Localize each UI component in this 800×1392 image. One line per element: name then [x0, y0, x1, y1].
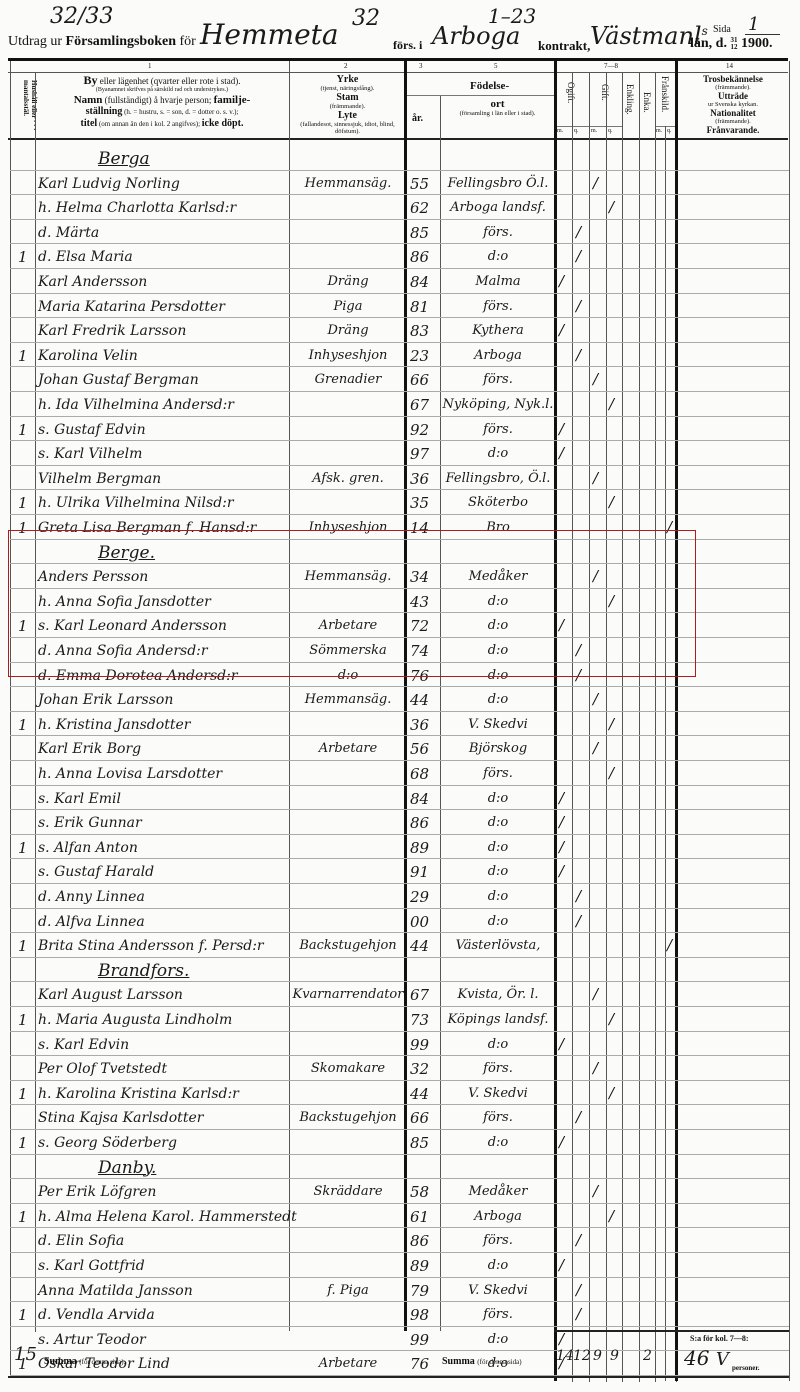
birth-year: 61 [410, 1204, 429, 1229]
occupation [292, 761, 404, 786]
tally-mark: / [559, 786, 564, 810]
sida-value: 1 [748, 14, 759, 35]
summa-right-label: Summa [442, 1356, 475, 1367]
colnum-2: 2 [344, 62, 348, 70]
birth-year: 81 [410, 294, 429, 319]
village-row: Berga [0, 146, 800, 171]
table-row: 1h. Ulrika Vilhelmina Nilsd:r35Sköterbo/ [0, 490, 800, 515]
familje-bold: familje- [214, 94, 251, 106]
enkling-header: Enkling. [625, 84, 635, 115]
by-bold: By [84, 73, 98, 87]
household-count: 1 [18, 1081, 28, 1106]
table-row: d. Anny Linnea29d:o/ [0, 884, 800, 909]
occupation: Grenadier [292, 367, 404, 392]
title-bold: Församlingsboken [66, 34, 176, 49]
lyte-label: Lyte [290, 110, 405, 121]
person-name: s. Artur Teodor [38, 1327, 146, 1352]
person-name: h. Ulrika Vilhelmina Nilsd:r [38, 490, 234, 515]
tally-mark: / [559, 441, 564, 465]
village-name: Brandfors. [98, 958, 189, 983]
col1-line5: titel (om annan än den i kol. 2 angifves… [36, 118, 288, 130]
household-count: 1 [18, 1007, 28, 1032]
birth-year: 97 [410, 441, 429, 466]
parish-name: Hemmeta [200, 18, 339, 51]
birth-year: 55 [410, 171, 429, 196]
birth-year: 68 [410, 761, 429, 786]
summa-left-sub: (för denna sida). [79, 1358, 125, 1366]
tally-mark: / [667, 933, 672, 957]
birth-year: 85 [410, 220, 429, 245]
birth-year: 66 [410, 367, 429, 392]
person-name: s. Alfan Anton [38, 835, 138, 860]
occupation: Kvarnarrendator [292, 982, 404, 1007]
occupation [292, 417, 404, 442]
birth-place: d:o [442, 884, 554, 909]
tally-mark: / [609, 761, 614, 785]
persons-label: personer. [732, 1364, 760, 1372]
occupation [292, 244, 404, 269]
table-row: s. Karl Emil84d:o/ [0, 786, 800, 811]
person-name: d. Vendla Arvida [38, 1302, 155, 1327]
birth-place: förs. [442, 220, 554, 245]
person-name: Johan Gustaf Bergman [38, 367, 199, 392]
sa-for-kol-label: S:a för kol. 7—8: [690, 1334, 749, 1343]
person-name: s. Karl Emil [38, 786, 121, 811]
highlight-box [8, 530, 696, 677]
birth-year: 35 [410, 490, 429, 515]
person-name: s. Karl Gottfrid [38, 1253, 145, 1278]
table-row: Karl AnderssonDräng84Malma/ [0, 269, 800, 294]
birth-place: d:o [442, 859, 554, 884]
person-name: s. Erik Gunnar [38, 810, 142, 835]
birth-place: Sköterbo [442, 490, 554, 515]
birth-year: 84 [410, 269, 429, 294]
colnum-1: 1 [148, 62, 152, 70]
tally-mark: / [576, 343, 581, 367]
tally-mark: / [559, 835, 564, 859]
tally-mark: / [609, 195, 614, 219]
titel-bold: titel [81, 118, 98, 129]
occupation: Inhyseshjon [292, 343, 404, 368]
ogift-q: q. [574, 128, 579, 134]
birth-place: Nyköping, Nyk.l. [442, 392, 554, 417]
kontrakt-label: kontrakt, [538, 38, 590, 54]
occupation [292, 490, 404, 515]
birth-place: Fellingsbro Ö.l. [442, 171, 554, 196]
table-row: 1s. Alfan Anton89d:o/ [0, 835, 800, 860]
sida-label: Sida [713, 24, 731, 35]
date-fraction: 31 12 [730, 37, 737, 51]
yrke-label: Yrke [290, 74, 405, 85]
birth-place: Västerlövsta, Nyk.l. [442, 933, 554, 958]
birth-place: d:o [442, 441, 554, 466]
sum-ogift-q: 12 [573, 1348, 591, 1364]
person-name: Stina Kajsa Karlsdotter [38, 1105, 203, 1130]
household-count: 1 [18, 1204, 28, 1229]
table-row: s. Gustaf Harald91d:o/ [0, 859, 800, 884]
table-row: 1Brita Stina Andersson f. Persd:rBackstu… [0, 933, 800, 958]
col1-line4: ställning (h. = hustru, s. = son, d. = d… [36, 106, 288, 118]
person-name: Karl August Larsson [38, 982, 183, 1007]
birth-place: förs. [442, 1228, 554, 1253]
occupation [292, 1032, 404, 1057]
titel-text: (om annan än den i kol. 2 angifves); [99, 120, 200, 128]
birth-place: d:o [442, 1253, 554, 1278]
birth-place: Köpings landsf. [442, 1007, 554, 1032]
person-name: h. Helma Charlotta Karlsd:r [38, 195, 236, 220]
occupation: Afsk. gren. [292, 466, 404, 491]
persons-total: 46 V [684, 1346, 729, 1370]
occupation: Skomakare [292, 1056, 404, 1081]
table-row: Stina Kajsa KarlsdotterBackstugehjon66fö… [0, 1105, 800, 1130]
household-count: 1 [18, 933, 28, 958]
birth-year: 67 [410, 392, 429, 417]
gift-m: m. [591, 128, 597, 134]
table-row: Anna Matilda Janssonf. Piga79V. Skedvi/ [0, 1278, 800, 1303]
birth-place: d:o [442, 810, 554, 835]
title-prefix: Utdrag ur Församlingsboken för [8, 34, 196, 50]
fors-i-label: förs. i [393, 38, 422, 53]
village-name: Berga [98, 146, 150, 171]
tally-mark: / [593, 171, 598, 195]
col1-line1: By eller lägenhet (qvarter eller rote i … [36, 74, 288, 87]
occupation [292, 1228, 404, 1253]
table-row: Karl August LarssonKvarnarrendator67Kvis… [0, 982, 800, 1007]
birth-year: 36 [410, 466, 429, 491]
person-name: Per Erik Löfgren [38, 1179, 156, 1204]
occupation [292, 786, 404, 811]
person-name: s. Karl Edvin [38, 1032, 129, 1057]
kontrakt-text: Västmanl [590, 22, 702, 50]
occupation [292, 1081, 404, 1106]
person-name: Brita Stina Andersson f. Persd:r [38, 933, 264, 958]
tally-mark: / [576, 884, 581, 908]
occupation: Dräng [292, 318, 404, 343]
table-row: Karl Erik BorgArbetare56Björskog/ [0, 736, 800, 761]
ort-sub: (församling i län eller i stad). [440, 110, 555, 117]
table-row: d. Märta85förs./ [0, 220, 800, 245]
tally-mark: / [609, 1204, 614, 1228]
occupation: f. Piga [292, 1278, 404, 1303]
occupation [292, 1253, 404, 1278]
summa-right: Summa (för denna sida) [442, 1356, 522, 1367]
occupation [292, 195, 404, 220]
ogift-m: m. [557, 128, 563, 134]
person-name: h. Maria Augusta Lindholm [38, 1007, 232, 1032]
fodelse-header: Födelse- [470, 80, 509, 92]
table-row: 1s. Gustaf Edvin92förs./ [0, 417, 800, 442]
table-row: 1h. Kristina Jansdotter36V. Skedvi/ [0, 712, 800, 737]
birth-place: förs. [442, 294, 554, 319]
occupation [292, 1327, 404, 1352]
birth-year: 85 [410, 1130, 429, 1155]
birth-place: d:o [442, 909, 554, 934]
tally-mark: / [593, 466, 598, 490]
occupation [292, 392, 404, 417]
person-name: d. Anny Linnea [38, 884, 145, 909]
birth-place: Arboga landsf. [442, 195, 554, 220]
table-row: s. Erik Gunnar86d:o/ [0, 810, 800, 835]
tros-sub: (främmande). [678, 84, 788, 91]
tally-mark: / [576, 1105, 581, 1129]
tally-mark: / [593, 1056, 598, 1080]
occupation [292, 1130, 404, 1155]
tally-mark: / [559, 417, 564, 441]
tally-mark: / [609, 1081, 614, 1105]
title-for: för [180, 34, 196, 49]
occupation [292, 1204, 404, 1229]
date-month: 12 [730, 43, 737, 51]
birth-place: d:o [442, 835, 554, 860]
lan-date: län, d. 31 12 1900. [690, 36, 772, 52]
person-name: h. Karolina Kristina Karlsd:r [38, 1081, 239, 1106]
tally-mark: / [559, 1130, 564, 1154]
household-count: 1 [18, 417, 28, 442]
birth-year: 58 [410, 1179, 429, 1204]
birth-place: V. Skedvi [442, 1278, 554, 1303]
sum-gift-q: 9 [610, 1348, 619, 1364]
person-name: s. Karl Vilhelm [38, 441, 142, 466]
ogift-header: Ogift. [566, 82, 576, 103]
birth-place: förs. [442, 1056, 554, 1081]
household-count: 1 [18, 244, 28, 269]
tally-mark: / [593, 982, 598, 1006]
tally-mark: / [559, 1253, 564, 1277]
person-name: d. Märta [38, 220, 99, 245]
birth-year: 32 [410, 1056, 429, 1081]
person-name: s. Georg Söderberg [38, 1130, 177, 1155]
village-row: Brandfors. [0, 958, 800, 983]
sum-gift-m: 9 [593, 1348, 602, 1364]
occupation [292, 859, 404, 884]
stallning-text: (h. = hustru, s. = son, d. = dotter o. s… [124, 108, 238, 116]
colnum-5: 5 [494, 62, 498, 70]
stam-sub: (främmande). [290, 103, 405, 110]
col14-header: Trosbekännelse (främmande). Utträde ur S… [678, 74, 788, 135]
occupation: Dräng [292, 269, 404, 294]
birth-place: Medåker [442, 1179, 554, 1204]
birth-place: Björskog [442, 736, 554, 761]
gift-q: q. [608, 128, 613, 134]
tros-label: Trosbekännelse [678, 74, 788, 84]
occupation: Piga [292, 294, 404, 319]
ort-header: ort (församling i län eller i stad). [440, 98, 555, 117]
birth-year: 86 [410, 244, 429, 269]
table-row: 1h. Alma Helena Karol. Hammerstedt61Arbo… [0, 1204, 800, 1229]
col1-line3: Namn (fullständigt) å hvarje person; fam… [36, 94, 288, 106]
birth-place: d:o [442, 1327, 554, 1352]
tally-mark: / [559, 1032, 564, 1056]
birth-place: d:o [442, 1032, 554, 1057]
birth-place: förs. [442, 761, 554, 786]
birth-place: Kvista, Ör. l. [442, 982, 554, 1007]
birth-year: 66 [410, 1105, 429, 1130]
table-row: Johan Erik LarssonHemmansäg.44d:o/ [0, 687, 800, 712]
birth-year: 98 [410, 1302, 429, 1327]
tally-mark: / [576, 220, 581, 244]
tally-mark: / [559, 318, 564, 342]
tally-mark: / [559, 269, 564, 293]
occupation: Skräddare [292, 1179, 404, 1204]
tally-mark: / [576, 1278, 581, 1302]
persons-total-value: 46 [684, 1346, 709, 1370]
occupation [292, 441, 404, 466]
table-row: Maria Katarina PersdotterPiga81förs./ [0, 294, 800, 319]
birth-year: 62 [410, 195, 429, 220]
lan-label: län, d. [690, 36, 727, 51]
table-row: 1s. Georg Söderberg85d:o/ [0, 1130, 800, 1155]
birth-year: 89 [410, 835, 429, 860]
ort-label: ort [440, 98, 555, 110]
occupation: Backstugehjon [292, 1105, 404, 1130]
table-row: 1d. Elsa Maria86d:o/ [0, 244, 800, 269]
table-row: s. Karl Vilhelm97d:o/ [0, 441, 800, 466]
occupation [292, 712, 404, 737]
range-note: 1–23 [488, 4, 536, 28]
tally-mark: / [576, 294, 581, 318]
tally-mark: / [576, 1302, 581, 1326]
birth-year: 86 [410, 1228, 429, 1253]
parish-number: 32 [352, 6, 380, 31]
person-name: Johan Erik Larsson [38, 687, 173, 712]
person-name: s. Gustaf Edvin [38, 417, 146, 442]
household-count: 1 [18, 343, 28, 368]
table-row: Karl Ludvig NorlingHemmansäg.55Fellingsb… [0, 171, 800, 196]
birth-year: 36 [410, 712, 429, 737]
occupation [292, 1007, 404, 1032]
table-row: d. Alfva Linnea00d:o/ [0, 909, 800, 934]
tally-mark: / [576, 909, 581, 933]
table-row: h. Ida Vilhelmina Andersd:r67Nyköping, N… [0, 392, 800, 417]
tally-mark: / [609, 392, 614, 416]
person-name: Vilhelm Bergman [38, 466, 161, 491]
birth-year: 23 [410, 343, 429, 368]
birth-place: d:o [442, 1130, 554, 1155]
household-count: 1 [18, 1130, 28, 1155]
table-row: h. Helma Charlotta Karlsd:r62Arboga land… [0, 195, 800, 220]
person-name: Karl Erik Borg [38, 736, 141, 761]
occupation [292, 835, 404, 860]
birth-year: 99 [410, 1327, 429, 1352]
occupation: Hemmansäg. [292, 687, 404, 712]
occupation [292, 909, 404, 934]
uttrade-sub: ur Svenska kyrkan. [678, 101, 788, 108]
birth-place: V. Skedvi [442, 712, 554, 737]
birth-year: 89 [410, 1253, 429, 1278]
household-total: 15 [14, 1344, 37, 1365]
sum-franskild-q: 2 [643, 1348, 652, 1364]
birth-place: förs. [442, 367, 554, 392]
by-text: eller lägenhet (qvarter eller rote i sta… [100, 76, 241, 86]
ar-header: år. [412, 113, 423, 124]
colnum-14: 14 [726, 62, 733, 70]
person-name: Anna Matilda Jansson [38, 1278, 193, 1303]
occupation: Backstugehjon [292, 933, 404, 958]
person-name: Karl Fredrik Larsson [38, 318, 186, 343]
birth-year: 67 [410, 982, 429, 1007]
table-row: Per Olof TvetstedtSkomakare32förs./ [0, 1056, 800, 1081]
table-row: 1d. Vendla Arvida98förs./ [0, 1302, 800, 1327]
col2-header: Yrke (tjenst, näringsfång). Stam (främma… [290, 74, 405, 135]
birth-place: Malma [442, 269, 554, 294]
tally-mark: / [576, 244, 581, 268]
person-name: h. Anna Lovisa Larsdotter [38, 761, 222, 786]
birth-place: förs. [442, 417, 554, 442]
person-name: h. Ida Vilhelmina Andersd:r [38, 392, 234, 417]
colnum-7-8: 7—8 [604, 62, 618, 70]
person-name: Karolina Velin [38, 343, 138, 368]
birth-year: 56 [410, 736, 429, 761]
col1-header: By eller lägenhet (qvarter eller rote i … [36, 74, 288, 130]
household-count: 1 [18, 1302, 28, 1327]
birth-year: 86 [410, 810, 429, 835]
birth-year: 44 [410, 1081, 429, 1106]
gift-header: Gift. [600, 84, 610, 101]
year: 1900. [741, 36, 773, 51]
birth-place: förs. [442, 1105, 554, 1130]
tally-mark: / [593, 736, 598, 760]
birth-year: 99 [410, 1032, 429, 1057]
summa-right-sub: (för denna sida) [477, 1358, 521, 1366]
birth-year: 91 [410, 859, 429, 884]
table-row: Johan Gustaf BergmanGrenadier66förs./ [0, 367, 800, 392]
birth-year: 44 [410, 687, 429, 712]
birth-place: d:o [442, 244, 554, 269]
table-row: Karl Fredrik LarssonDräng83Kythera/ [0, 318, 800, 343]
table-row: s. Karl Gottfrid89d:o/ [0, 1253, 800, 1278]
tally-mark: / [593, 1179, 598, 1203]
person-name: Per Olof Tvetstedt [38, 1056, 167, 1081]
namn-text: (fullständigt) å hvarje person; [105, 95, 212, 105]
person-name: Karl Andersson [38, 269, 147, 294]
franvarande-label: Frånvarande. [678, 125, 788, 135]
summa-left-label: Summa [44, 1356, 77, 1367]
occupation: Hemmansäg. [292, 171, 404, 196]
village-row: Danby. [0, 1155, 800, 1180]
title-prefix-text: Utdrag ur [8, 34, 62, 49]
colnum-3: 3 [419, 62, 423, 70]
occupation [292, 810, 404, 835]
tally-mark: / [609, 1007, 614, 1031]
persons-check: V [716, 1349, 729, 1370]
table-row: 1h. Karolina Kristina Karlsd:r44V. Skedv… [0, 1081, 800, 1106]
stallning-bold: ställning [86, 106, 123, 117]
col1-line2: (Byanamnet skrifves på särskild rad och … [36, 87, 288, 94]
occupation [292, 1302, 404, 1327]
person-name: Maria Katarina Persdotter [38, 294, 225, 319]
tally-mark: / [593, 367, 598, 391]
tally-mark: / [559, 859, 564, 883]
birth-place: d:o [442, 786, 554, 811]
table-row: 1h. Maria Augusta Lindholm73Köpings land… [0, 1007, 800, 1032]
nationalitet-label: Nationalitet [678, 108, 788, 118]
person-name: h. Kristina Jansdotter [38, 712, 190, 737]
birth-place: Arboga [442, 1204, 554, 1229]
stam-label: Stam [290, 92, 405, 103]
enka-header: Enka. [642, 92, 652, 113]
table-row: s. Karl Edvin99d:o/ [0, 1032, 800, 1057]
yrke-sub: (tjenst, näringsfång). [290, 85, 405, 92]
village-name: Danby. [98, 1155, 156, 1180]
birth-year: 44 [410, 933, 429, 958]
birth-place: Arboga [442, 343, 554, 368]
occupation: Arbetare [292, 1351, 404, 1376]
tally-mark: / [559, 810, 564, 834]
birth-year: 00 [410, 909, 429, 934]
reference-number: 32/33 [50, 4, 113, 29]
person-name: h. Alma Helena Karol. Hammerstedt [38, 1204, 297, 1229]
franskild-header: Frånskild. [660, 76, 670, 112]
